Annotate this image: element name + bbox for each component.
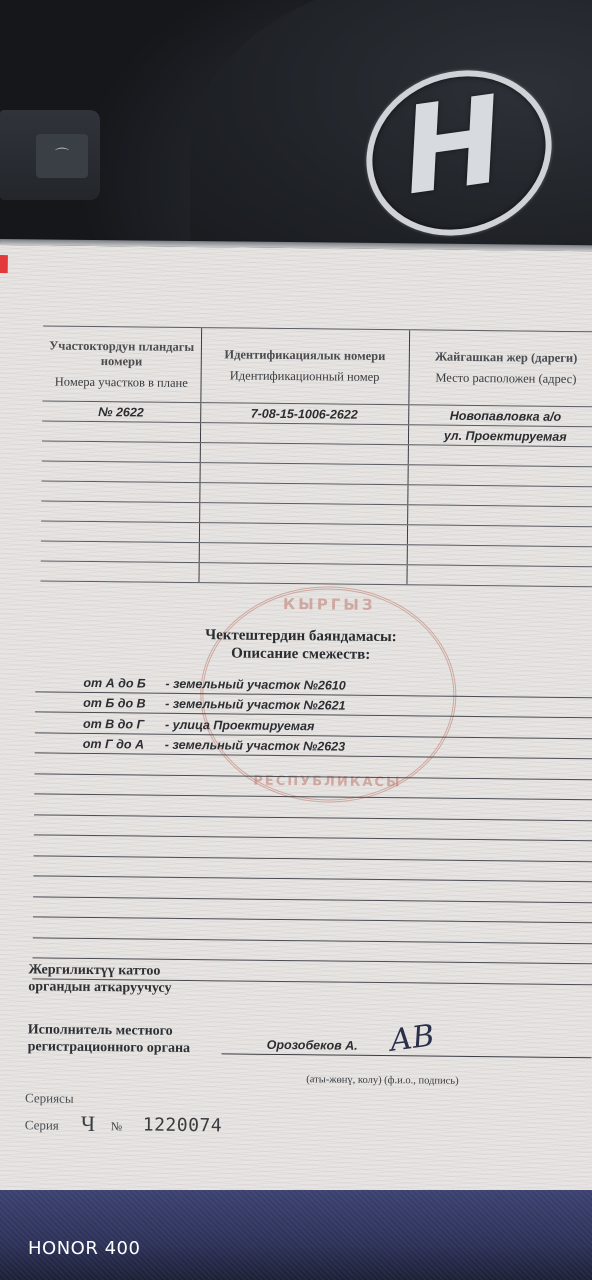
adjacency-from: от А до Б bbox=[83, 675, 146, 690]
address-cell bbox=[406, 565, 592, 587]
id-number-cell bbox=[199, 543, 407, 565]
adjacency-from: от Б до В bbox=[83, 696, 146, 711]
address-cell bbox=[407, 485, 592, 507]
address-cell bbox=[408, 465, 592, 487]
number-sign: № bbox=[111, 1119, 123, 1134]
id-number-cell bbox=[200, 463, 408, 485]
table-header-row: Участоктордун пландагы номери Номера уча… bbox=[42, 326, 592, 407]
address-cell bbox=[408, 445, 592, 467]
id-number-cell: 7-08-15-1006-2622 bbox=[200, 403, 408, 425]
adjacency-description: - земельный участок №2610 bbox=[165, 676, 345, 692]
plan-number-cell bbox=[42, 421, 200, 443]
wiper-icon: ⌒ bbox=[36, 134, 88, 178]
plan-number-cell bbox=[41, 501, 199, 523]
plan-number-cell bbox=[40, 561, 198, 583]
series-letter: Ч bbox=[81, 1111, 96, 1137]
adjacency-description: - земельный участок №2621 bbox=[165, 697, 345, 713]
signatory-label-ru: Исполнитель местного регистрационного ор… bbox=[28, 1021, 191, 1057]
adjacency-description: - улица Проектируемая bbox=[165, 717, 315, 733]
land-certificate-page: Участоктордун пландагы номери Номера уча… bbox=[0, 245, 592, 1221]
id-number-cell bbox=[199, 503, 407, 525]
id-number-cell bbox=[198, 563, 406, 585]
address-cell bbox=[407, 545, 592, 567]
car-console-panel: ⌒ bbox=[0, 110, 100, 200]
car-logo-icon: H bbox=[355, 60, 550, 233]
fabric-background bbox=[0, 1190, 592, 1280]
signatory-label-ky: Жергиликтүү каттоо органдын аткаруучусу bbox=[28, 961, 172, 996]
handwritten-signature: АВ bbox=[388, 1019, 432, 1060]
plan-number-cell bbox=[42, 441, 200, 463]
header-plan-number: Участоктордун пландагы номери Номера уча… bbox=[42, 326, 201, 403]
series-label-ky: Сериясы bbox=[25, 1090, 74, 1107]
id-number-cell bbox=[199, 483, 407, 505]
plan-number-cell bbox=[41, 541, 199, 563]
plan-number-cell bbox=[41, 481, 199, 503]
id-number-cell bbox=[200, 443, 408, 465]
address-cell: ул. Проектируемая bbox=[408, 425, 592, 447]
address-cell bbox=[407, 525, 592, 547]
parcels-table: Участоктордун пландагы номери Номера уча… bbox=[40, 325, 592, 587]
plan-number-cell: № 2622 bbox=[42, 401, 200, 423]
signatory-name: Орозобеков А. bbox=[267, 1038, 358, 1053]
signature-caption: (аты-жөнү, колу) (ф.и.о., подпись) bbox=[306, 1074, 458, 1087]
adjacency-list: от А до Б- земельный участок №2610от Б д… bbox=[32, 671, 592, 985]
plan-number-cell bbox=[41, 521, 199, 543]
adjacency-from: от Г до А bbox=[83, 737, 144, 752]
certificate-number: 1220074 bbox=[143, 1115, 223, 1137]
address-cell bbox=[407, 505, 592, 527]
header-address: Жайгашкан жер (дареги) Место расположен … bbox=[408, 330, 592, 407]
adjacency-description: - земельный участок №2623 bbox=[165, 738, 345, 754]
id-number-cell bbox=[200, 423, 408, 445]
series-label-ru: Серия bbox=[25, 1117, 59, 1133]
plan-number-cell bbox=[42, 461, 200, 483]
id-number-cell bbox=[199, 523, 407, 545]
address-cell: Новопавловка а/о bbox=[408, 405, 592, 427]
adjacency-from: от В до Г bbox=[83, 716, 144, 731]
header-id-number: Идентификациялык номери Идентификационны… bbox=[200, 328, 409, 405]
camera-watermark: HONOR 400 bbox=[28, 1238, 140, 1259]
